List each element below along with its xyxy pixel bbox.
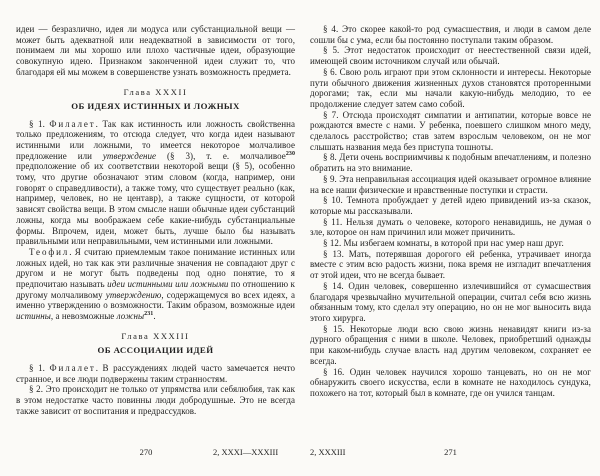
paragraph: § 8. Дети очень восприимчивы к подобным …: [310, 152, 591, 173]
footnote-reference: 231: [144, 311, 153, 317]
paragraph: § 2. Это происходит не только от упрямст…: [16, 384, 295, 416]
paragraph: § 4. Это скорее какой-то род сумасшестви…: [310, 24, 591, 45]
paragraph: § 13. Мать, потерявшая дорогого ей ребен…: [310, 249, 591, 281]
chapter-number: Глава XXXIII: [16, 331, 295, 342]
paragraph: § 12. Мы избегаем комнаты, в которой при…: [310, 238, 591, 249]
signature-mark-left: 2, XXXI—XXXIII: [213, 447, 278, 457]
paragraph: § 16. Один человек научился хорошо танце…: [310, 367, 591, 399]
paragraph: § 15. Некоторые люди всю свою жизнь нена…: [310, 324, 591, 367]
paragraph: § 9. Эта неправильная ассоциация идей ок…: [310, 174, 591, 195]
chapter-title: ОБ ИДЕЯХ ИСТИННЫХ И ЛОЖНЫХ: [16, 100, 295, 112]
chapter-heading: Глава XXXIIIОБ АССОЦИАЦИИ ИДЕЙ: [16, 331, 295, 356]
page-right: § 4. Это скорее какой-то род сумасшестви…: [310, 24, 591, 399]
speaker-name: Филалет: [49, 119, 95, 129]
page-number-right: 271: [310, 447, 591, 457]
paragraph: § 5. Этот недостаток происходит от неест…: [310, 45, 591, 66]
paragraph: § 7. Отсюда происходят симпатии и антипа…: [310, 110, 591, 153]
chapter-number: Глава XXXII: [16, 87, 295, 98]
footnote-reference: 230: [286, 151, 295, 157]
speaker-name: Теофил: [29, 247, 69, 257]
speaker-name: Филалет: [49, 363, 95, 373]
page-left: идеи — безразлично, идея ли модуса или с…: [16, 24, 295, 416]
chapter-heading: Глава XXXIIОБ ИДЕЯХ ИСТИННЫХ И ЛОЖНЫХ: [16, 87, 295, 112]
chapter-title: ОБ АССОЦИАЦИИ ИДЕЙ: [16, 344, 295, 356]
paragraph: § 1. Филалет. Так как истинность или лож…: [16, 119, 295, 247]
paragraph: идеи — безразлично, идея ли модуса или с…: [16, 24, 295, 78]
book-spread: идеи — безразлично, идея ли модуса или с…: [0, 0, 600, 476]
paragraph: § 11. Нельзя думать о человеке, которого…: [310, 217, 591, 238]
paragraph: Теофил. Я считаю приемлемым такое понима…: [16, 247, 295, 322]
paragraph: § 1. Филалет. В рассуждениях людей часто…: [16, 363, 295, 384]
paragraph: § 10. Темнота пробуждает у детей идею пр…: [310, 195, 591, 216]
paragraph: § 6. Свою роль играют при этом склонност…: [310, 67, 591, 110]
paragraph: § 14. Один человек, совершенно излечивши…: [310, 281, 591, 324]
